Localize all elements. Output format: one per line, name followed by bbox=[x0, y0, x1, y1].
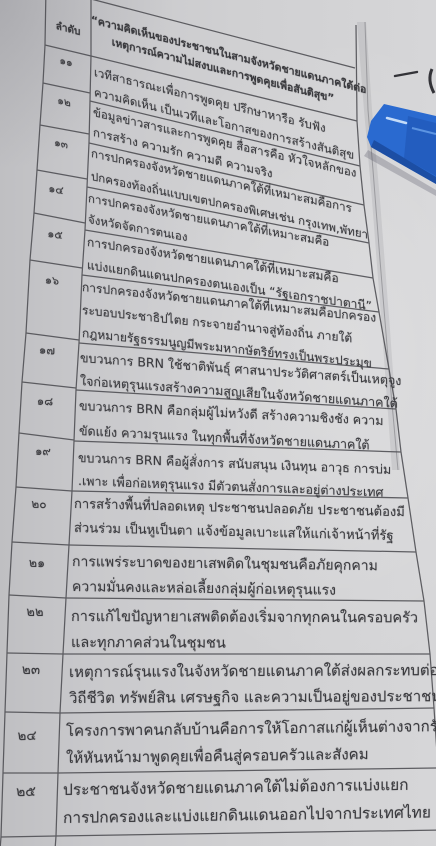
row-text: เหตุการณ์รุนแรงในจังหวัดชายแดนภาคใต้ส่งผ… bbox=[69, 657, 436, 711]
row-number: ๒๔ bbox=[7, 724, 47, 749]
row-text: การสร้างพื้นที่ปลอดเหตุ ประชาชนปลอดภัย ป… bbox=[74, 493, 405, 549]
row-number: ๑๙ bbox=[23, 439, 63, 463]
text-line: การปกครองและแบ่งแยกดินแดนออกไปจากประเทศไ… bbox=[63, 798, 431, 832]
text-line: ความมั่นคงและหล่อเลี้ยงกลุ่มผู้ก่อเหตุรุ… bbox=[72, 575, 378, 604]
row-number: ๒๑ bbox=[17, 550, 57, 574]
row-number: ๒๓ bbox=[11, 658, 51, 682]
row-text: การแก้ไขปัญหายาเสพติดต้องเริ่มจากทุกคนใน… bbox=[71, 604, 418, 657]
text-line: เหตุการณ์รุนแรงในจังหวัดชายแดนภาคใต้ส่งผ… bbox=[69, 657, 436, 685]
row-number: ๒๕ bbox=[6, 780, 46, 805]
row-text: โครงการพาคนกลับบ้านคือการให้โอกาสแก่ผู้เ… bbox=[66, 713, 436, 772]
text-line: การแก้ไขปัญหายาเสพติดต้องเริ่มจากทุกคนใน… bbox=[71, 604, 418, 631]
row-text: ประชาชนจังหวัดชายแดนภาคใต้ไม่ต้องการแบ่ง… bbox=[63, 770, 431, 832]
text-line: ให้หันหน้ามาพูดคุยเพื่อคืนสู่ครอบครัวและ… bbox=[66, 740, 436, 772]
blue-pen bbox=[364, 104, 436, 196]
text-line: โครงการพาคนกลับบ้านคือการให้โอกาสแก่ผู้เ… bbox=[66, 713, 436, 745]
row-number: ๑๗ bbox=[27, 338, 67, 363]
text-line: และทุกภาคส่วนในชุมชน bbox=[71, 630, 418, 657]
row-number: ๒๒ bbox=[15, 600, 55, 623]
ink-dash-mark bbox=[395, 72, 417, 76]
row-number: ๑๖ bbox=[32, 267, 72, 292]
row-number: ๒๐ bbox=[19, 493, 59, 516]
text-line: วิถีชีวิต ทรัพย์สิน เศรษฐกิจ และความเป็น… bbox=[69, 683, 436, 711]
row-number: ๑๘ bbox=[25, 389, 65, 413]
text-line: การแพร่ระบาดของยาเสพติดในชุมชนคือภัยคุกค… bbox=[72, 550, 378, 579]
row-text: การแพร่ระบาดของยาเสพติดในชุมชนคือภัยคุกค… bbox=[72, 550, 378, 604]
ink-curve-mark bbox=[430, 69, 434, 93]
photographed-document: ลำดับ “ความคิดเห็นของประชาชนในสามจังหวัด… bbox=[0, 0, 436, 846]
